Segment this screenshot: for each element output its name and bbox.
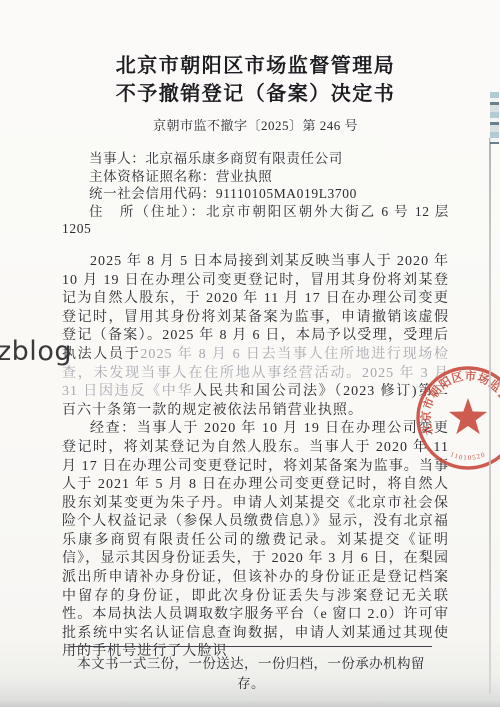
party-label: 当事人： [89,151,145,166]
party-info: 当事人：北京福乐康多商贸有限责任公司 主体资格证照名称：营业执照 统一社会信用代… [62,150,449,238]
party-value: 91110105MA019L3700 [216,186,357,201]
bottom-scan-band [0,698,500,707]
document-number: 京朝市监不撤字〔2025〕第 246 号 [62,115,449,134]
party-row-address: 住 所（住址）：北京市朝阳区朝外大街乙 6 号 12 层 1205 [62,203,449,238]
seal-serial-number: 11010520 [449,450,487,462]
document-body: 北京市朝阳区市场监督管理局 不予撤销登记（备案）决定书 京朝市监不撤字〔2025… [62,52,449,662]
footer-note: 本文书一式三份，一份送达，一份归档，一份承办机构留存。 [70,652,432,692]
party-row-credit-code: 统一社会信用代码：91110105MA019L3700 [62,185,449,203]
page-edge-line [489,138,491,694]
scanner-artifact-strip [490,92,499,144]
body-paragraph-1: 2025 年 8 月 5 日本局接到刘某反映当事人于 2020 年 10 月 1… [62,253,449,420]
party-label: 住 所（住址）： [89,204,206,219]
party-row-name: 当事人：北京福乐康多商贸有限责任公司 [62,150,449,168]
party-label: 统一社会信用代码： [89,186,216,201]
paragraph1-part1: 2025 年 8 月 5 日本局接到刘某反映当事人于 2020 年 10 月 1… [62,254,449,362]
party-label: 主体资格证照名称： [89,169,216,184]
party-value: 北京福乐康多商贸有限责任公司 [145,151,342,166]
seal-star-icon [449,398,487,434]
party-row-license-name: 主体资格证照名称：营业执照 [62,168,449,186]
party-value: 营业执照 [216,169,272,184]
document-footer: 本文书一式三份，一份送达，一份归档，一份承办机构留存。 [70,646,432,692]
document-title-line2: 不予撤销登记（备案）决定书 [62,80,449,108]
body-paragraph-2: 经查：当事人于 2020 年 10 月 19 日在办理公司变更登记时，将刘某登记… [62,420,449,662]
official-seal: 北京市朝阳区市场监督管理局 11010520 [405,358,500,488]
document-page: zblog 北京市朝阳区市场监督管理局 不予撤销登记（备案）决定书 京朝市监不撤… [0,0,500,707]
document-title-line1: 北京市朝阳区市场监督管理局 [62,52,449,80]
seal-serial-label: 11010520 [449,450,487,462]
